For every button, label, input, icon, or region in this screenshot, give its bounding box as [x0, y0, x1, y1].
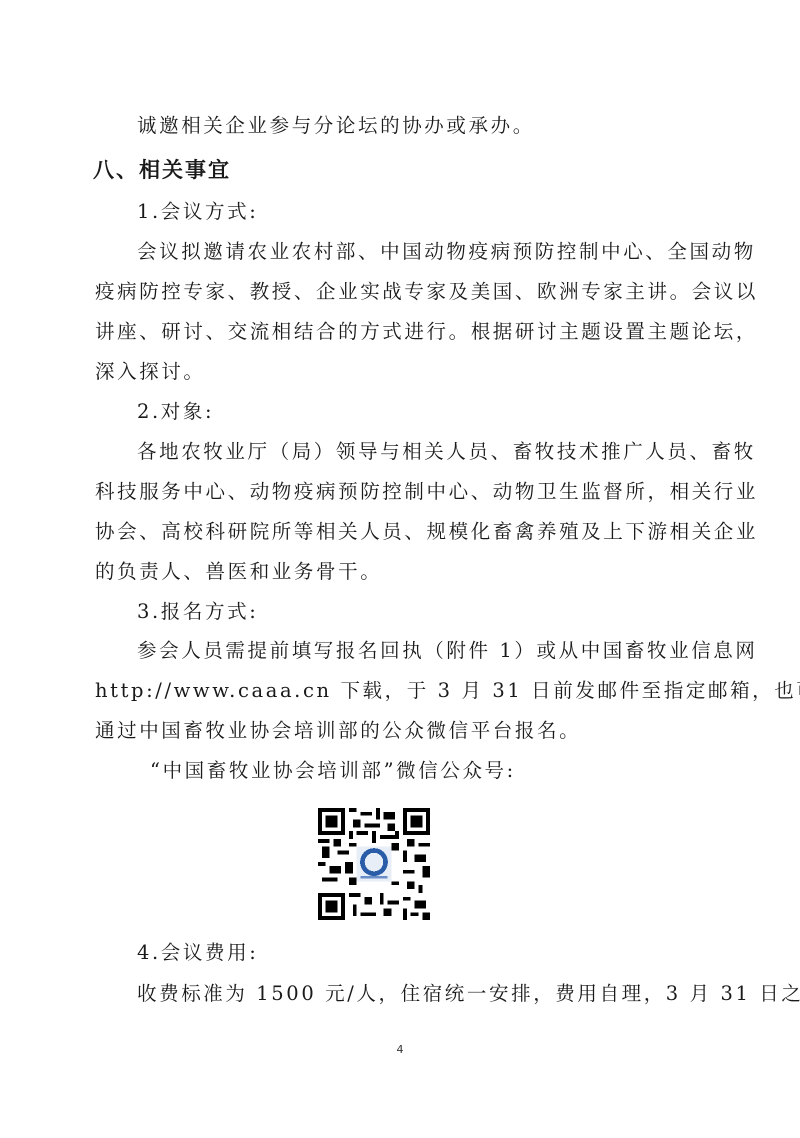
paragraph-line: 科技服务中心、动物疫病预防控制中心、动物卫生监督所，相关行业: [95, 482, 758, 502]
paragraph-line: 收费标准为 1500 元/人，住宿统一安排，费用自理，3 月 31 日之: [137, 984, 800, 1004]
qr-code-icon: [315, 808, 433, 920]
paragraph-line: 会议拟邀请农业农村部、中国动物疫病预防控制中心、全国动物: [137, 242, 756, 262]
paragraph-line: 各地农牧业厅（局）领导与相关人员、畜牧技术推广人员、畜牧: [137, 442, 756, 462]
item-title: 1.会议方式:: [137, 202, 258, 222]
paragraph-line: 的负责人、兽医和业务骨干。: [95, 562, 382, 582]
paragraph-line: 疫病防控专家、教授、企业实战专家及美国、欧洲专家主讲。会议以: [95, 282, 758, 302]
item-title: 3.报名方式:: [137, 602, 258, 622]
paragraph-line: 深入探讨。: [95, 362, 206, 382]
paragraph-line: 诚邀相关企业参与分论坛的协办或承办。: [137, 116, 535, 136]
paragraph-line: 通过中国畜牧业协会培训部的公众微信平台报名。: [95, 721, 581, 741]
paragraph-line: 讲座、研讨、交流相结合的方式进行。根据研讨主题设置主题论坛，: [95, 322, 758, 342]
paragraph-line: 参会人员需提前填写报名回执（附件 1）或从中国畜牧业信息网: [137, 641, 758, 661]
wechat-label: “中国畜牧业协会培训部”微信公众号:: [150, 761, 516, 781]
item-title: 2.对象:: [137, 402, 214, 422]
paragraph-line-with-link: http://www.caaa.cn 下载，于 3 月 31 日前发邮件至指定邮…: [95, 681, 800, 701]
page-number: 4: [0, 1043, 800, 1056]
paragraph-line: 协会、高校科研院所等相关人员、规模化畜禽养殖及上下游相关企业: [95, 522, 758, 542]
section-heading: 八、相关事宜: [93, 160, 231, 181]
item-title: 4.会议费用:: [137, 943, 258, 963]
